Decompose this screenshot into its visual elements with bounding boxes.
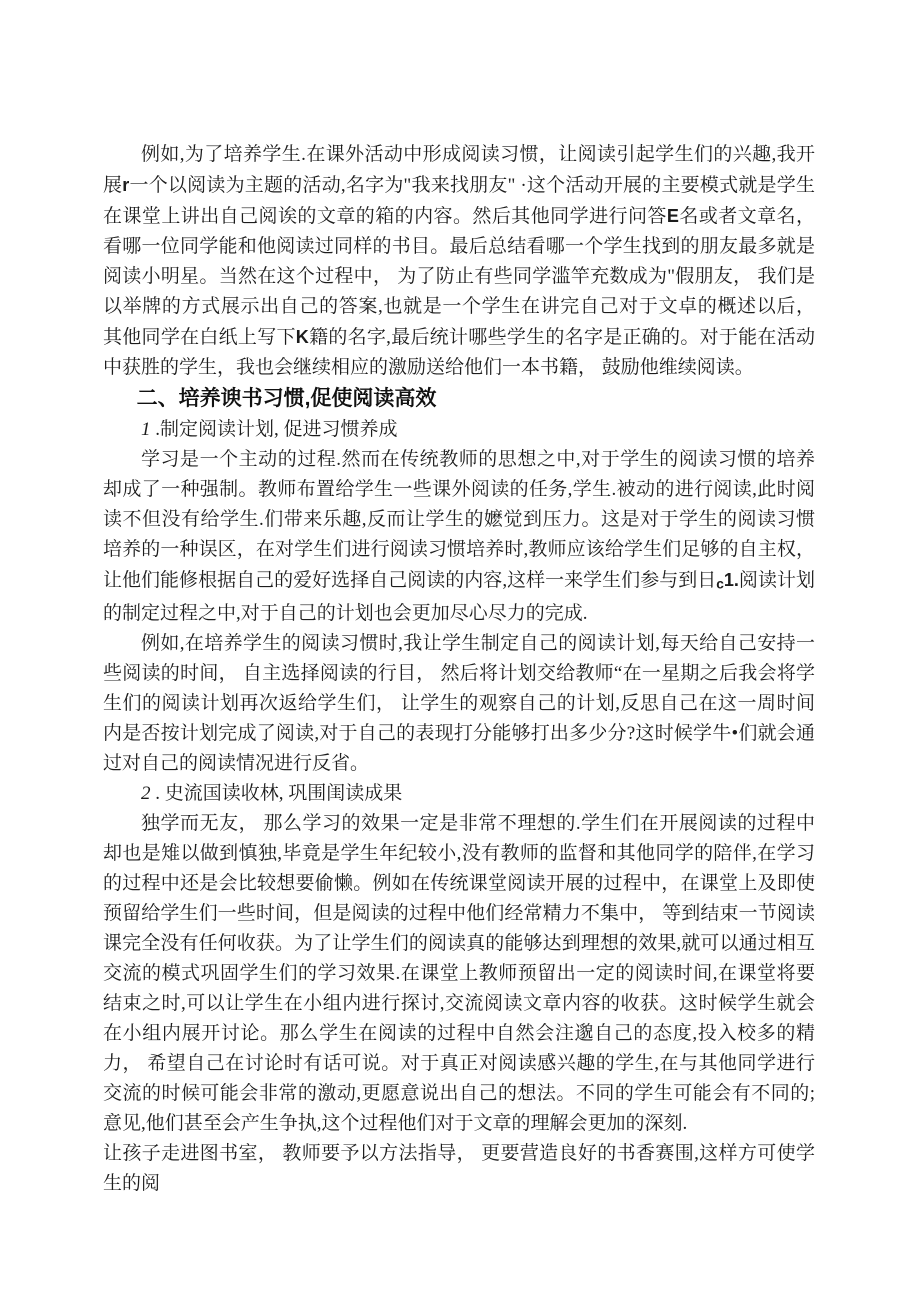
sub-heading: 2 . 史流国读收林, 巩围闺读成果 (103, 779, 815, 809)
document-page: 例如,为了培养学生.在课外活动中形成阅读习惯，让阅读引起学生们的兴趣,我开展r一… (0, 0, 920, 1301)
paragraph: 独学而无友， 那么学习的效果一定是非常不理想的.学生们在开展阅读的过程中却也是雉… (103, 809, 815, 1139)
text-run: 独学而无友， 那么学习的效果一定是非常不理想的.学生们在开展阅读的过程中却也是雉… (103, 813, 815, 1134)
document-body: 例如,为了培养学生.在课外活动中形成阅读习惯，让阅读引起学生们的兴趣,我开展r一… (0, 0, 920, 1199)
text-run: 二、培养谀书习惯,促使阅读高效 (137, 387, 437, 410)
section-heading: 二、培养谀书习惯,促使阅读高效 (103, 383, 815, 415)
paragraph: 学习是一个主动的过程.然而在传统教师的思想之中,对于学生的阅读习惯的培养却成了一… (103, 445, 815, 629)
text-run: E (667, 206, 679, 226)
paragraph: 让孩子走进图书室， 教师要予以方法指导， 更要营造良好的书香赛围,这样方可使学生… (103, 1139, 815, 1199)
text-run: 2 (141, 783, 151, 804)
paragraph: 例如,在培养学生的阅读习惯时,我让学生制定自己的阅读计划,每天给自己安持一些阅读… (103, 629, 815, 779)
text-run: 1. (724, 570, 739, 590)
text-run: 1 (141, 419, 151, 440)
text-run: 让孩子走进图书室， 教师要予以方法指导， 更要营造良好的书香赛围,这样方可使学生… (103, 1143, 815, 1194)
text-run: . 史流国读收林, 巩围闺读成果 (151, 783, 403, 804)
text-run: c (716, 576, 724, 591)
sub-heading: 1 .制定阅读计划, 促进习惯养成 (103, 415, 815, 445)
paragraph: 例如,为了培养学生.在课外活动中形成阅读习惯，让阅读引起学生们的兴趣,我开展r一… (103, 140, 815, 383)
text-run: .制定阅读计划, 促进习惯养成 (151, 419, 398, 440)
text-run: 例如,在培养学生的阅读习惯时,我让学生制定自己的阅读计划,每天给自己安持一些阅读… (103, 633, 815, 774)
text-run: K (296, 327, 309, 347)
text-run: 学习是一个主动的过程.然而在传统教师的思想之中,对于学生的阅读习惯的培养却成了一… (103, 449, 815, 591)
